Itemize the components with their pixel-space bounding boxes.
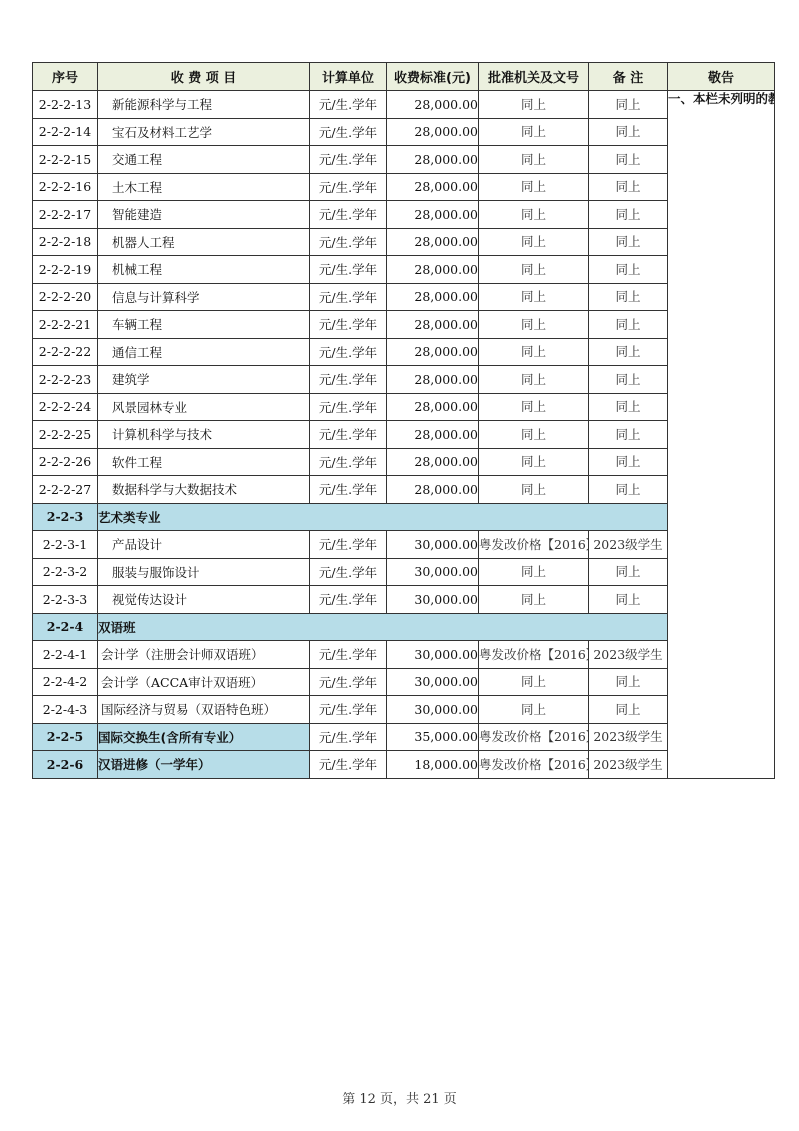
- row-amount: 30,000.00: [387, 668, 479, 696]
- row-remark: 同上: [589, 256, 668, 284]
- row-unit: 元/生.学年: [310, 311, 387, 339]
- row-item-name: 软件工程: [98, 448, 310, 476]
- row-item-name: 国际经济与贸易（双语特色班）: [98, 696, 310, 724]
- row-approval: 同上: [479, 118, 589, 146]
- table-row: 2-2-2-19机械工程元/生.学年28,000.00同上同上: [33, 256, 775, 284]
- table-row: 2-2-2-25计算机科学与技术元/生.学年28,000.00同上同上: [33, 421, 775, 449]
- row-approval: 同上: [479, 366, 589, 394]
- row-approval: 同上: [479, 201, 589, 229]
- row-remark: 同上: [589, 91, 668, 119]
- table-row: 2-2-3-2服装与服饰设计元/生.学年30,000.00同上同上: [33, 558, 775, 586]
- header-remark: 备 注: [589, 63, 668, 91]
- row-item-name: 服装与服饰设计: [98, 558, 310, 586]
- row-item-name: 建筑学: [98, 366, 310, 394]
- row-remark: 同上: [589, 173, 668, 201]
- header-amount: 收费标准(元): [387, 63, 479, 91]
- row-approval: 同上: [479, 558, 589, 586]
- table-row: 2-2-2-22通信工程元/生.学年28,000.00同上同上: [33, 338, 775, 366]
- row-approval: 同上: [479, 146, 589, 174]
- row-remark: 同上: [589, 558, 668, 586]
- table-row: 2-2-3-3视觉传达设计元/生.学年30,000.00同上同上: [33, 586, 775, 614]
- row-unit: 元/生.学年: [310, 751, 387, 779]
- row-remark: 同上: [589, 366, 668, 394]
- header-notice: 敬告: [668, 63, 775, 91]
- row-amount: 28,000.00: [387, 421, 479, 449]
- row-item-name: 数据科学与大数据技术: [98, 476, 310, 504]
- row-unit: 元/生.学年: [310, 586, 387, 614]
- row-item-name: 车辆工程: [98, 311, 310, 339]
- row-approval: 同上: [479, 586, 589, 614]
- row-unit: 元/生.学年: [310, 366, 387, 394]
- section-name: 艺术类专业: [98, 503, 668, 531]
- table-row: 2-2-4-3国际经济与贸易（双语特色班）元/生.学年30,000.00同上同上: [33, 696, 775, 724]
- row-item-name: 计算机科学与技术: [98, 421, 310, 449]
- row-amount: 30,000.00: [387, 586, 479, 614]
- row-remark: 2023级学生: [589, 723, 668, 751]
- row-approval: 同上: [479, 311, 589, 339]
- row-unit: 元/生.学年: [310, 641, 387, 669]
- row-unit: 元/生.学年: [310, 91, 387, 119]
- header-item: 收 费 项 目: [98, 63, 310, 91]
- row-remark: 同上: [589, 338, 668, 366]
- row-item-name: 新能源科学与工程: [98, 91, 310, 119]
- row-code: 2-2-3-2: [33, 558, 98, 586]
- row-code: 2-2-2-22: [33, 338, 98, 366]
- notice-cell: 一、本栏未列明的教育收费或者虽列明但没有批准文号的教育收费,学生有权拒缴。二、学…: [668, 91, 775, 779]
- row-item-name: 国际交换生(含所有专业）: [98, 723, 310, 751]
- row-amount: 28,000.00: [387, 448, 479, 476]
- section-row: 2-2-3艺术类专业: [33, 503, 775, 531]
- row-approval: 同上: [479, 476, 589, 504]
- row-approval: 同上: [479, 448, 589, 476]
- row-approval: 同上: [479, 91, 589, 119]
- row-code: 2-2-3-3: [33, 586, 98, 614]
- row-approval: 同上: [479, 421, 589, 449]
- row-unit: 元/生.学年: [310, 531, 387, 559]
- table-row: 2-2-2-20信息与计算科学元/生.学年28,000.00同上同上: [33, 283, 775, 311]
- row-remark: 2023级学生: [589, 531, 668, 559]
- row-amount: 18,000.00: [387, 751, 479, 779]
- table-row: 2-2-5国际交换生(含所有专业）元/生.学年35,000.00粤发改价格【20…: [33, 723, 775, 751]
- row-item-name: 风景园林专业: [98, 393, 310, 421]
- row-amount: 30,000.00: [387, 696, 479, 724]
- row-unit: 元/生.学年: [310, 421, 387, 449]
- row-item-name: 机械工程: [98, 256, 310, 284]
- row-code: 2-2-4-3: [33, 696, 98, 724]
- row-code: 2-2-3-1: [33, 531, 98, 559]
- row-approval: 同上: [479, 696, 589, 724]
- table-row: 2-2-2-15交通工程元/生.学年28,000.00同上同上: [33, 146, 775, 174]
- row-unit: 元/生.学年: [310, 173, 387, 201]
- row-unit: 元/生.学年: [310, 118, 387, 146]
- section-code: 2-2-4: [33, 613, 98, 641]
- row-approval: 同上: [479, 256, 589, 284]
- row-remark: 同上: [589, 586, 668, 614]
- table-row: 2-2-4-1会计学（注册会计师双语班）元/生.学年30,000.00粤发改价格…: [33, 641, 775, 669]
- table-row: 2-2-3-1产品设计元/生.学年30,000.00粤发改价格【2016】657…: [33, 531, 775, 559]
- table-row: 2-2-2-13新能源科学与工程元/生.学年28,000.00同上同上一、本栏未…: [33, 91, 775, 119]
- row-remark: 同上: [589, 283, 668, 311]
- row-amount: 28,000.00: [387, 393, 479, 421]
- row-approval: 同上: [479, 393, 589, 421]
- row-unit: 元/生.学年: [310, 558, 387, 586]
- section-name: 双语班: [98, 613, 668, 641]
- row-unit: 元/生.学年: [310, 696, 387, 724]
- table-row: 2-2-2-26软件工程元/生.学年28,000.00同上同上: [33, 448, 775, 476]
- row-code: 2-2-2-26: [33, 448, 98, 476]
- row-remark: 同上: [589, 201, 668, 229]
- header-approval: 批准机关及文号: [479, 63, 589, 91]
- row-amount: 35,000.00: [387, 723, 479, 751]
- row-remark: 同上: [589, 118, 668, 146]
- row-code: 2-2-2-15: [33, 146, 98, 174]
- row-amount: 30,000.00: [387, 641, 479, 669]
- row-code: 2-2-2-19: [33, 256, 98, 284]
- row-unit: 元/生.学年: [310, 668, 387, 696]
- row-unit: 元/生.学年: [310, 476, 387, 504]
- row-amount: 30,000.00: [387, 531, 479, 559]
- row-remark: 2023级学生: [589, 751, 668, 779]
- row-amount: 28,000.00: [387, 146, 479, 174]
- table-row: 2-2-2-17智能建造元/生.学年28,000.00同上同上: [33, 201, 775, 229]
- row-item-name: 宝石及材料工艺学: [98, 118, 310, 146]
- table-body: 2-2-2-13新能源科学与工程元/生.学年28,000.00同上同上一、本栏未…: [33, 91, 775, 779]
- row-code: 2-2-2-27: [33, 476, 98, 504]
- row-unit: 元/生.学年: [310, 723, 387, 751]
- row-code: 2-2-2-21: [33, 311, 98, 339]
- row-unit: 元/生.学年: [310, 283, 387, 311]
- row-approval: 粤发改价格【2016】657号: [479, 531, 589, 559]
- row-item-name: 土木工程: [98, 173, 310, 201]
- table-row: 2-2-2-24风景园林专业元/生.学年28,000.00同上同上: [33, 393, 775, 421]
- row-unit: 元/生.学年: [310, 228, 387, 256]
- row-amount: 30,000.00: [387, 558, 479, 586]
- row-unit: 元/生.学年: [310, 393, 387, 421]
- row-item-name: 智能建造: [98, 201, 310, 229]
- table-header-row: 序号 收 费 项 目 计算单位 收费标准(元) 批准机关及文号 备 注 敬告: [33, 63, 775, 91]
- row-remark: 同上: [589, 228, 668, 256]
- row-item-name: 机器人工程: [98, 228, 310, 256]
- row-amount: 28,000.00: [387, 118, 479, 146]
- row-code: 2-2-2-25: [33, 421, 98, 449]
- row-item-name: 视觉传达设计: [98, 586, 310, 614]
- row-amount: 28,000.00: [387, 256, 479, 284]
- row-item-name: 会计学（注册会计师双语班）: [98, 641, 310, 669]
- row-remark: 同上: [589, 421, 668, 449]
- row-approval: 同上: [479, 668, 589, 696]
- table-row: 2-2-2-14宝石及材料工艺学元/生.学年28,000.00同上同上: [33, 118, 775, 146]
- row-item-name: 会计学（ACCA审计双语班）: [98, 668, 310, 696]
- section-code: 2-2-3: [33, 503, 98, 531]
- row-remark: 同上: [589, 696, 668, 724]
- row-code: 2-2-2-24: [33, 393, 98, 421]
- row-approval: 粤发改价格【2016】657号: [479, 723, 589, 751]
- table-row: 2-2-2-21车辆工程元/生.学年28,000.00同上同上: [33, 311, 775, 339]
- row-code: 2-2-2-17: [33, 201, 98, 229]
- header-unit: 计算单位: [310, 63, 387, 91]
- row-amount: 28,000.00: [387, 338, 479, 366]
- table-row: 2-2-6汉语进修（一学年）元/生.学年18,000.00粤发改价格【2016】…: [33, 751, 775, 779]
- row-code: 2-2-2-14: [33, 118, 98, 146]
- row-item-name: 产品设计: [98, 531, 310, 559]
- table-row: 2-2-2-27数据科学与大数据技术元/生.学年28,000.00同上同上: [33, 476, 775, 504]
- row-unit: 元/生.学年: [310, 201, 387, 229]
- header-code: 序号: [33, 63, 98, 91]
- row-amount: 28,000.00: [387, 91, 479, 119]
- table-row: 2-2-4-2会计学（ACCA审计双语班）元/生.学年30,000.00同上同上: [33, 668, 775, 696]
- row-unit: 元/生.学年: [310, 146, 387, 174]
- row-unit: 元/生.学年: [310, 338, 387, 366]
- row-code: 2-2-2-13: [33, 91, 98, 119]
- row-amount: 28,000.00: [387, 173, 479, 201]
- page-footer: 第 12 页，共 21 页: [0, 1088, 799, 1107]
- row-code: 2-2-2-16: [33, 173, 98, 201]
- row-item-name: 通信工程: [98, 338, 310, 366]
- row-item-name: 汉语进修（一学年）: [98, 751, 310, 779]
- table-row: 2-2-2-23建筑学元/生.学年28,000.00同上同上: [33, 366, 775, 394]
- row-remark: 2023级学生: [589, 641, 668, 669]
- row-code: 2-2-6: [33, 751, 98, 779]
- row-item-name: 信息与计算科学: [98, 283, 310, 311]
- row-amount: 28,000.00: [387, 476, 479, 504]
- row-remark: 同上: [589, 668, 668, 696]
- row-approval: 同上: [479, 338, 589, 366]
- row-remark: 同上: [589, 448, 668, 476]
- row-remark: 同上: [589, 146, 668, 174]
- row-approval: 粤发改价格【2016】657号: [479, 751, 589, 779]
- row-remark: 同上: [589, 311, 668, 339]
- row-code: 2-2-4-2: [33, 668, 98, 696]
- row-code: 2-2-5: [33, 723, 98, 751]
- row-code: 2-2-4-1: [33, 641, 98, 669]
- row-approval: 粤发改价格【2016】657号: [479, 641, 589, 669]
- table-row: 2-2-2-16土木工程元/生.学年28,000.00同上同上: [33, 173, 775, 201]
- row-amount: 28,000.00: [387, 283, 479, 311]
- fee-table: 序号 收 费 项 目 计算单位 收费标准(元) 批准机关及文号 备 注 敬告 2…: [32, 62, 775, 779]
- row-approval: 同上: [479, 173, 589, 201]
- section-row: 2-2-4双语班: [33, 613, 775, 641]
- row-amount: 28,000.00: [387, 366, 479, 394]
- row-remark: 同上: [589, 476, 668, 504]
- row-approval: 同上: [479, 283, 589, 311]
- row-item-name: 交通工程: [98, 146, 310, 174]
- row-amount: 28,000.00: [387, 311, 479, 339]
- table-row: 2-2-2-18机器人工程元/生.学年28,000.00同上同上: [33, 228, 775, 256]
- row-code: 2-2-2-20: [33, 283, 98, 311]
- row-approval: 同上: [479, 228, 589, 256]
- row-unit: 元/生.学年: [310, 448, 387, 476]
- row-remark: 同上: [589, 393, 668, 421]
- row-unit: 元/生.学年: [310, 256, 387, 284]
- row-code: 2-2-2-18: [33, 228, 98, 256]
- row-code: 2-2-2-23: [33, 366, 98, 394]
- row-amount: 28,000.00: [387, 228, 479, 256]
- row-amount: 28,000.00: [387, 201, 479, 229]
